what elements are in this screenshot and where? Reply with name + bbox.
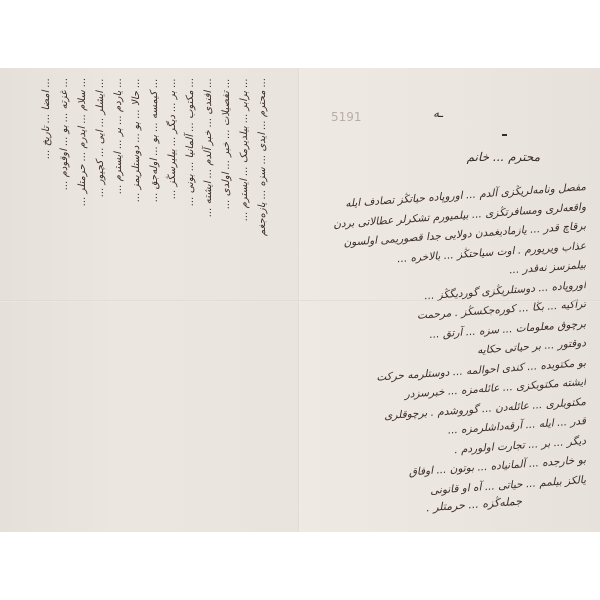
letter-sheet: ... محترم ... ایدی ... سزه ... یازه‌جغم … (0, 68, 600, 532)
archive-number: 5191 (331, 110, 362, 124)
salutation: محترم ... خانم (467, 150, 540, 164)
dash-mark (502, 134, 507, 136)
letter-body: مفصل ونامه‌لریڭزی آلدم ... اوروپاده حیات… (311, 178, 586, 490)
horizontal-fold (0, 300, 600, 302)
header-mark: ـه (433, 106, 443, 120)
